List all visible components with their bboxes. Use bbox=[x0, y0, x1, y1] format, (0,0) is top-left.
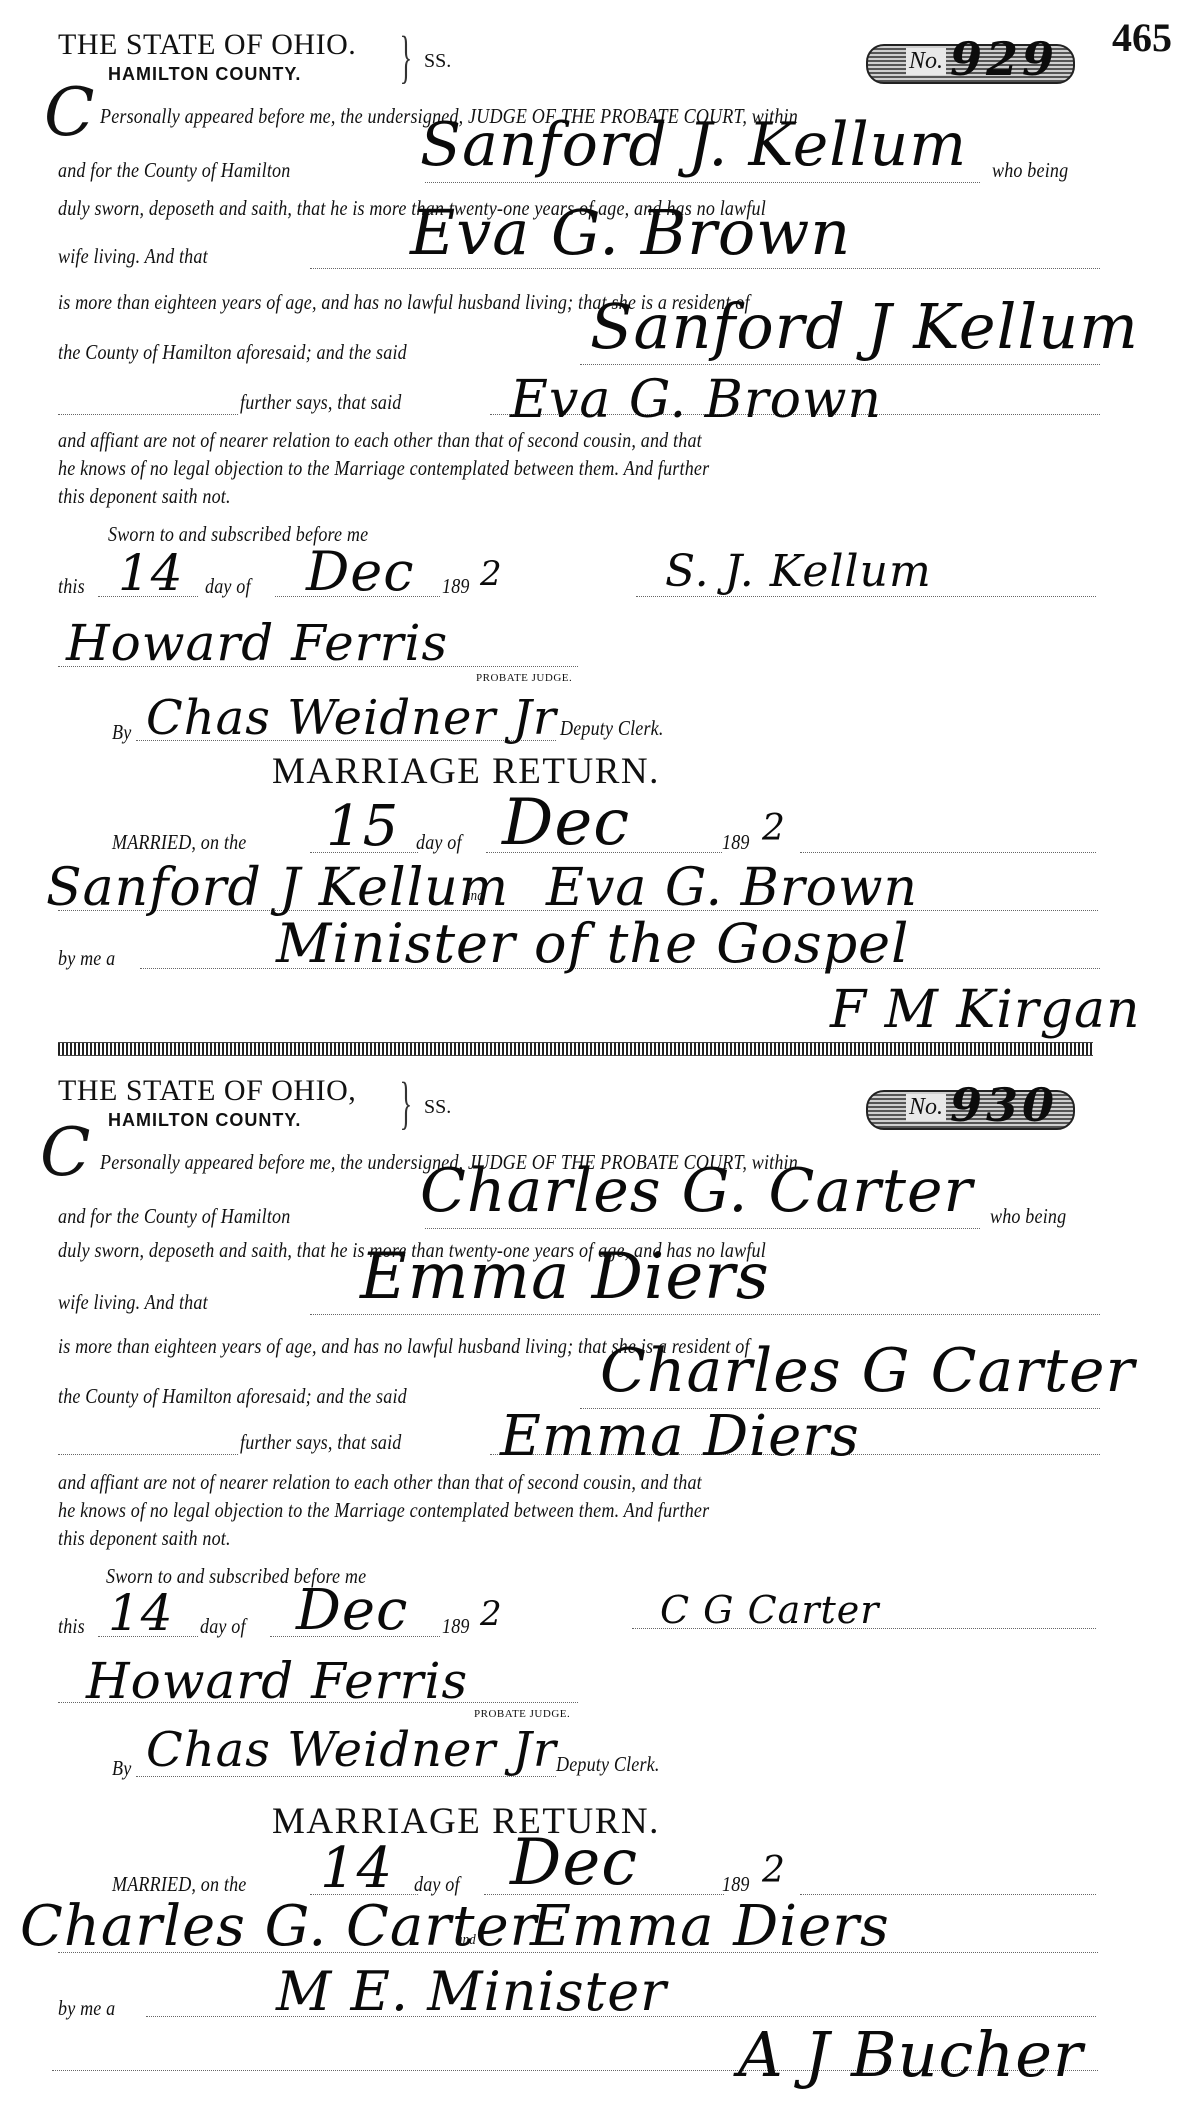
married-day-of-label: day of bbox=[416, 830, 462, 855]
by-label: By bbox=[112, 1756, 131, 1781]
line-further-says: further says, that said bbox=[240, 1430, 401, 1455]
married-year-suffix: 2 bbox=[762, 808, 786, 849]
sworn-day: 14 bbox=[118, 544, 184, 602]
probate-judge-signature: Howard Ferris bbox=[86, 1652, 468, 1710]
state-heading: THE STATE OF OHIO. bbox=[58, 28, 356, 62]
line-affiant: and affiant are not of nearer relation t… bbox=[58, 1470, 702, 1495]
number-label: No. bbox=[906, 1094, 946, 1121]
sworn-year-suffix: 2 bbox=[480, 554, 503, 594]
line-and-the-said: the County of Hamilton aforesaid; and th… bbox=[58, 340, 407, 365]
year-prefix: 189 bbox=[442, 574, 470, 599]
groom-said-name: Charles G Carter bbox=[600, 1336, 1135, 1406]
check-mark-icon: C bbox=[44, 80, 95, 146]
probate-judge-label: PROBATE JUDGE. bbox=[476, 672, 572, 684]
married-month: Dec bbox=[510, 1826, 638, 1900]
line-and-the-said: the County of Hamilton aforesaid; and th… bbox=[58, 1384, 407, 1409]
record-separator bbox=[58, 1042, 1093, 1056]
married-day: 15 bbox=[326, 794, 399, 859]
brace-icon: } bbox=[400, 28, 413, 86]
record-number: 930 bbox=[950, 1078, 1058, 1132]
check-mark-icon: C bbox=[40, 1120, 91, 1186]
groom-name: Charles G. Carter bbox=[420, 1156, 973, 1226]
line-saith-not: this deponent saith not. bbox=[58, 484, 231, 509]
married-year-prefix: 189 bbox=[722, 830, 750, 855]
brace-icon: } bbox=[400, 1074, 413, 1132]
year-prefix: 189 bbox=[442, 1614, 470, 1639]
married-groom-name: Sanford J Kellum bbox=[46, 858, 509, 918]
probate-judge-signature: Howard Ferris bbox=[66, 614, 448, 672]
line-wife-living: wife living. And that bbox=[58, 244, 208, 269]
line-county-prefix: and for the County of Hamilton bbox=[58, 1204, 290, 1229]
line-no-objection: he knows of no legal objection to the Ma… bbox=[58, 456, 709, 481]
line-who-being: who being bbox=[990, 1204, 1066, 1229]
and-label: and bbox=[456, 1932, 476, 1949]
probate-judge-label: PROBATE JUDGE. bbox=[474, 1708, 570, 1720]
married-groom-name: Charles G. Carter bbox=[20, 1894, 537, 1959]
by-me-a-label: by me a bbox=[58, 946, 115, 971]
groom-name: Sanford J. Kellum bbox=[420, 110, 967, 180]
married-bride-name: Eva G. Brown bbox=[546, 858, 918, 918]
deputy-clerk-label: Deputy Clerk. bbox=[556, 1752, 660, 1777]
sworn-day: 14 bbox=[108, 1584, 174, 1642]
bride-name: Emma Diers bbox=[360, 1240, 770, 1314]
deputy-clerk-signature: Chas Weidner Jr bbox=[146, 690, 557, 746]
day-of-label: day of bbox=[200, 1614, 246, 1639]
sworn-year-suffix: 2 bbox=[480, 1594, 503, 1634]
affiant-signature: C G Carter bbox=[660, 1588, 879, 1632]
record-number-badge: No. 930 bbox=[866, 1090, 1075, 1130]
affiant-signature: S. J. Kellum bbox=[665, 546, 932, 597]
line-no-objection: he knows of no legal objection to the Ma… bbox=[58, 1498, 709, 1523]
married-on-label: MARRIED, on the bbox=[112, 830, 246, 855]
line-county-prefix: and for the County of Hamilton bbox=[58, 158, 290, 183]
page-number: 465 bbox=[1112, 14, 1172, 61]
officiant-title: M E. Minister bbox=[276, 1960, 667, 2023]
state-heading: THE STATE OF OHIO, bbox=[58, 1074, 356, 1108]
number-label: No. bbox=[906, 48, 946, 75]
married-bride-name: Emma Diers bbox=[530, 1894, 890, 1959]
ss-label: SS. bbox=[424, 1096, 451, 1119]
by-me-a-label: by me a bbox=[58, 1996, 115, 2021]
deputy-clerk-signature: Chas Weidner Jr bbox=[146, 1722, 557, 1778]
married-year-suffix: 2 bbox=[762, 1850, 786, 1891]
day-of-label: day of bbox=[205, 574, 251, 599]
line-saith-not: this deponent saith not. bbox=[58, 1526, 231, 1551]
line-who-being: who being bbox=[992, 158, 1068, 183]
record-number-badge: No. 929 bbox=[866, 44, 1075, 84]
line-further-says: further says, that said bbox=[240, 390, 401, 415]
married-month: Dec bbox=[502, 786, 630, 860]
officiant-signature: F M Kirgan bbox=[830, 980, 1141, 1040]
this-label: this bbox=[58, 574, 85, 599]
record-number: 929 bbox=[950, 32, 1058, 86]
ss-label: SS. bbox=[424, 50, 451, 73]
county-heading: HAMILTON COUNTY. bbox=[108, 1110, 301, 1131]
sworn-month: Dec bbox=[306, 540, 415, 603]
by-label: By bbox=[112, 720, 131, 745]
officiant-signature: A J Bucher bbox=[738, 2018, 1084, 2091]
officiant-title: Minister of the Gospel bbox=[276, 912, 909, 975]
line-affiant: and affiant are not of nearer relation t… bbox=[58, 428, 702, 453]
county-heading: HAMILTON COUNTY. bbox=[108, 64, 301, 85]
and-label: and bbox=[464, 888, 484, 905]
married-day: 14 bbox=[320, 1836, 393, 1901]
this-label: this bbox=[58, 1614, 85, 1639]
groom-said-name: Sanford J Kellum bbox=[590, 290, 1139, 363]
bride-said-name: Emma Diers bbox=[500, 1404, 860, 1469]
line-wife-living: wife living. And that bbox=[58, 1290, 208, 1315]
deputy-clerk-label: Deputy Clerk. bbox=[560, 716, 664, 741]
sworn-month: Dec bbox=[296, 1578, 408, 1643]
bride-said-name: Eva G. Brown bbox=[510, 370, 882, 430]
bride-name: Eva G. Brown bbox=[410, 196, 851, 269]
